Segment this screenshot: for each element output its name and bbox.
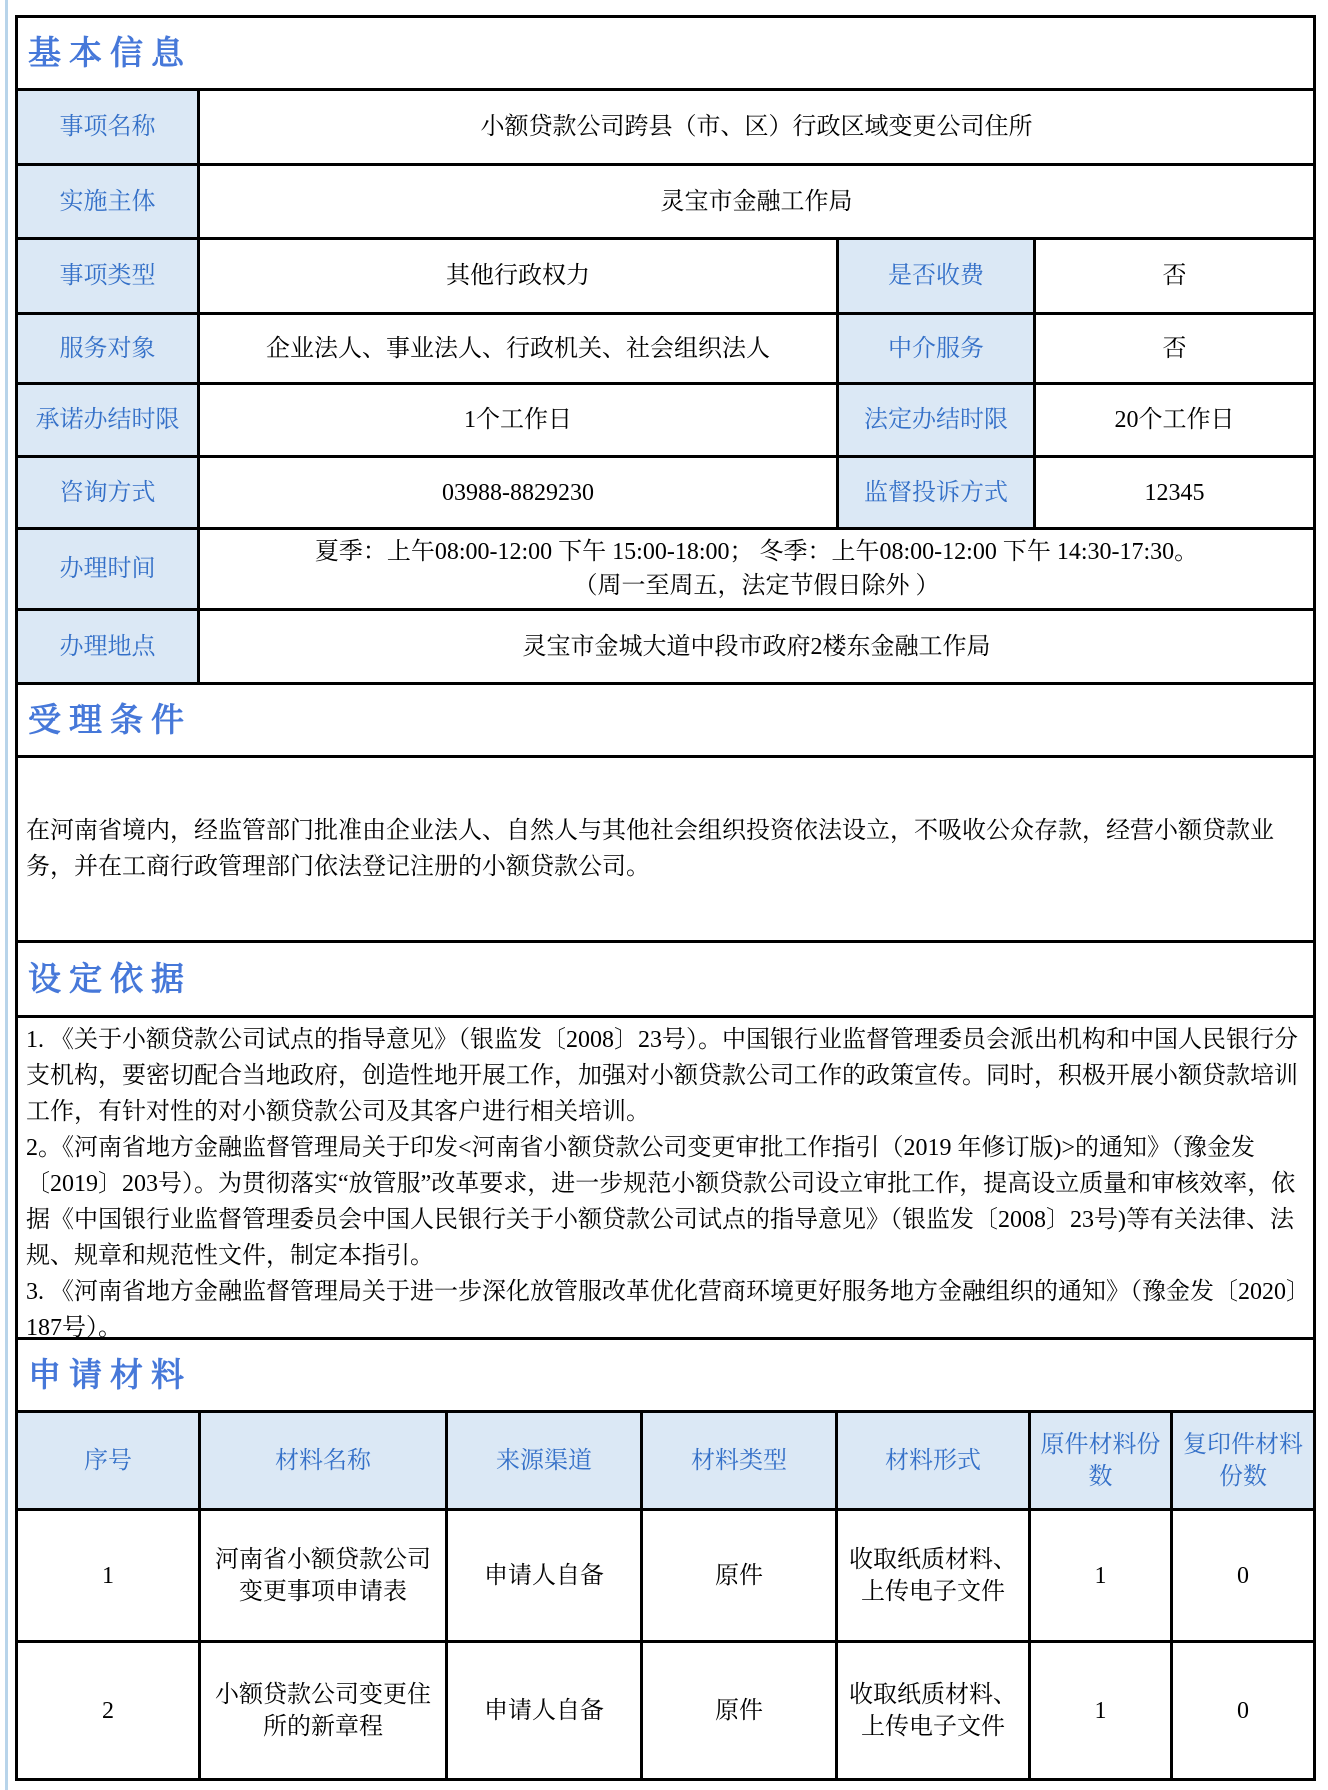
material-copy-count: 0 bbox=[1173, 1643, 1313, 1778]
accept-conditions-title: 受理条件 bbox=[28, 704, 192, 736]
materials-table-header-row: 序号 材料名称 来源渠道 材料类型 材料形式 原件材料份数 复印件材料份数 bbox=[18, 1413, 1313, 1511]
office-hours-line1: 夏季：上午08:00-12:00 下午 15:00-18:00； 冬季：上午08… bbox=[315, 535, 1198, 569]
material-no: 2 bbox=[18, 1643, 201, 1778]
col-header-original-count: 原件材料份数 bbox=[1031, 1413, 1173, 1508]
material-form: 收取纸质材料、上传电子文件 bbox=[838, 1643, 1031, 1778]
section-title-cell: 设定依据 bbox=[18, 943, 196, 1015]
office-hours-line2: （周一至周五，法定节假日除外 ） bbox=[574, 569, 940, 603]
complaint-label: 监督投诉方式 bbox=[839, 458, 1036, 527]
row-implementing-body: 实施主体 灵宝市金融工作局 bbox=[18, 166, 1313, 240]
material-name: 小额贷款公司变更住所的新章程 bbox=[201, 1643, 448, 1778]
material-source: 申请人自备 bbox=[448, 1511, 643, 1640]
intermediary-label: 中介服务 bbox=[839, 315, 1036, 382]
office-hours-value: 夏季：上午08:00-12:00 下午 15:00-18:00； 冬季：上午08… bbox=[200, 530, 1313, 608]
section-application-materials-header: 申请材料 bbox=[18, 1340, 1313, 1413]
section-basic-info-header: 基本信息 bbox=[18, 18, 1313, 91]
accept-conditions-text: 在河南省境内，经监管部门批准由企业法人、自然人与其他社会组织投资依法设立，不吸收… bbox=[18, 758, 1313, 940]
legal-basis-text: 1. 《关于小额贷款公司试点的指导意见》（银监发〔2008〕23号）。中国银行业… bbox=[18, 1018, 1313, 1337]
section-title-cell: 基本信息 bbox=[18, 18, 196, 88]
row-office-location: 办理地点 灵宝市金城大道中段市政府2楼东金融工作局 bbox=[18, 611, 1313, 685]
implementing-body-value: 灵宝市金融工作局 bbox=[200, 166, 1313, 237]
material-no: 1 bbox=[18, 1511, 201, 1640]
service-detail-table: 基本信息 事项名称 小额贷款公司跨县（市、区）行政区域变更公司住所 实施主体 灵… bbox=[15, 15, 1316, 1781]
basic-info-title: 基本信息 bbox=[28, 37, 192, 69]
promised-limit-label: 承诺办结时限 bbox=[18, 385, 200, 455]
col-header-material-form: 材料形式 bbox=[838, 1413, 1031, 1508]
complaint-value: 12345 bbox=[1036, 458, 1313, 527]
material-copy-count: 0 bbox=[1173, 1511, 1313, 1640]
row-promised-time-limit: 承诺办结时限 1个工作日 法定办结时限 20个工作日 bbox=[18, 385, 1313, 458]
legal-basis-list: 1. 《关于小额贷款公司试点的指导意见》（银监发〔2008〕23号）。中国银行业… bbox=[26, 1022, 1305, 1346]
section-accept-conditions-header: 受理条件 bbox=[18, 685, 1313, 758]
material-form: 收取纸质材料、上传电子文件 bbox=[838, 1511, 1031, 1640]
office-location-label: 办理地点 bbox=[18, 611, 200, 682]
item-type-label: 事项类型 bbox=[18, 240, 200, 312]
row-service-target: 服务对象 企业法人、事业法人、行政机关、社会组织法人 中介服务 否 bbox=[18, 315, 1313, 385]
legal-limit-value: 20个工作日 bbox=[1036, 385, 1313, 455]
section-title-cell: 受理条件 bbox=[18, 685, 196, 755]
charge-label: 是否收费 bbox=[839, 240, 1036, 312]
materials-table-row: 2 小额贷款公司变更住所的新章程 申请人自备 原件 收取纸质材料、上传电子文件 … bbox=[18, 1643, 1313, 1778]
office-hours-label: 办理时间 bbox=[18, 530, 200, 608]
consultation-label: 咨询方式 bbox=[18, 458, 200, 527]
legal-basis-body-row: 1. 《关于小额贷款公司试点的指导意见》（银监发〔2008〕23号）。中国银行业… bbox=[18, 1018, 1313, 1340]
office-location-value: 灵宝市金城大道中段市政府2楼东金融工作局 bbox=[200, 611, 1313, 682]
legal-basis-item: 3. 《河南省地方金融监督管理局关于进一步深化放管服改革优化营商环境更好服务地方… bbox=[26, 1274, 1305, 1346]
material-type: 原件 bbox=[643, 1643, 838, 1778]
item-name-label: 事项名称 bbox=[18, 91, 200, 163]
item-type-value: 其他行政权力 bbox=[200, 240, 839, 312]
material-original-count: 1 bbox=[1031, 1511, 1173, 1640]
service-target-value: 企业法人、事业法人、行政机关、社会组织法人 bbox=[200, 315, 839, 382]
accept-conditions-body-row: 在河南省境内，经监管部门批准由企业法人、自然人与其他社会组织投资依法设立，不吸收… bbox=[18, 758, 1313, 943]
material-name: 河南省小额贷款公司变更事项申请表 bbox=[201, 1511, 448, 1640]
row-item-name: 事项名称 小额贷款公司跨县（市、区）行政区域变更公司住所 bbox=[18, 91, 1313, 166]
col-header-source-channel: 来源渠道 bbox=[448, 1413, 643, 1508]
material-source: 申请人自备 bbox=[448, 1643, 643, 1778]
material-type: 原件 bbox=[643, 1511, 838, 1640]
legal-basis-item: 2。《河南省地方金融监督管理局关于印发<河南省小额贷款公司变更审批工作指引（20… bbox=[26, 1130, 1305, 1274]
consultation-value: 03988-8829230 bbox=[200, 458, 839, 527]
implementing-body-label: 实施主体 bbox=[18, 166, 200, 237]
row-office-hours: 办理时间 夏季：上午08:00-12:00 下午 15:00-18:00； 冬季… bbox=[18, 530, 1313, 611]
col-header-material-type: 材料类型 bbox=[643, 1413, 838, 1508]
section-legal-basis-header: 设定依据 bbox=[18, 943, 1313, 1018]
item-name-value: 小额贷款公司跨县（市、区）行政区域变更公司住所 bbox=[200, 91, 1313, 163]
promised-limit-value: 1个工作日 bbox=[200, 385, 839, 455]
application-materials-title: 申请材料 bbox=[28, 1359, 192, 1391]
row-consultation: 咨询方式 03988-8829230 监督投诉方式 12345 bbox=[18, 458, 1313, 530]
materials-table-row: 1 河南省小额贷款公司变更事项申请表 申请人自备 原件 收取纸质材料、上传电子文… bbox=[18, 1511, 1313, 1643]
legal-basis-title: 设定依据 bbox=[28, 963, 192, 995]
intermediary-value: 否 bbox=[1036, 315, 1313, 382]
legal-basis-item: 1. 《关于小额贷款公司试点的指导意见》（银监发〔2008〕23号）。中国银行业… bbox=[26, 1022, 1305, 1130]
material-original-count: 1 bbox=[1031, 1643, 1173, 1778]
service-target-label: 服务对象 bbox=[18, 315, 200, 382]
col-header-material-name: 材料名称 bbox=[201, 1413, 448, 1508]
row-item-type: 事项类型 其他行政权力 是否收费 否 bbox=[18, 240, 1313, 315]
page-edge-line bbox=[5, 0, 8, 1790]
col-header-no: 序号 bbox=[18, 1413, 201, 1508]
legal-limit-label: 法定办结时限 bbox=[839, 385, 1036, 455]
charge-value: 否 bbox=[1036, 240, 1313, 312]
col-header-copy-count: 复印件材料份数 bbox=[1173, 1413, 1313, 1508]
section-title-cell: 申请材料 bbox=[18, 1340, 196, 1410]
